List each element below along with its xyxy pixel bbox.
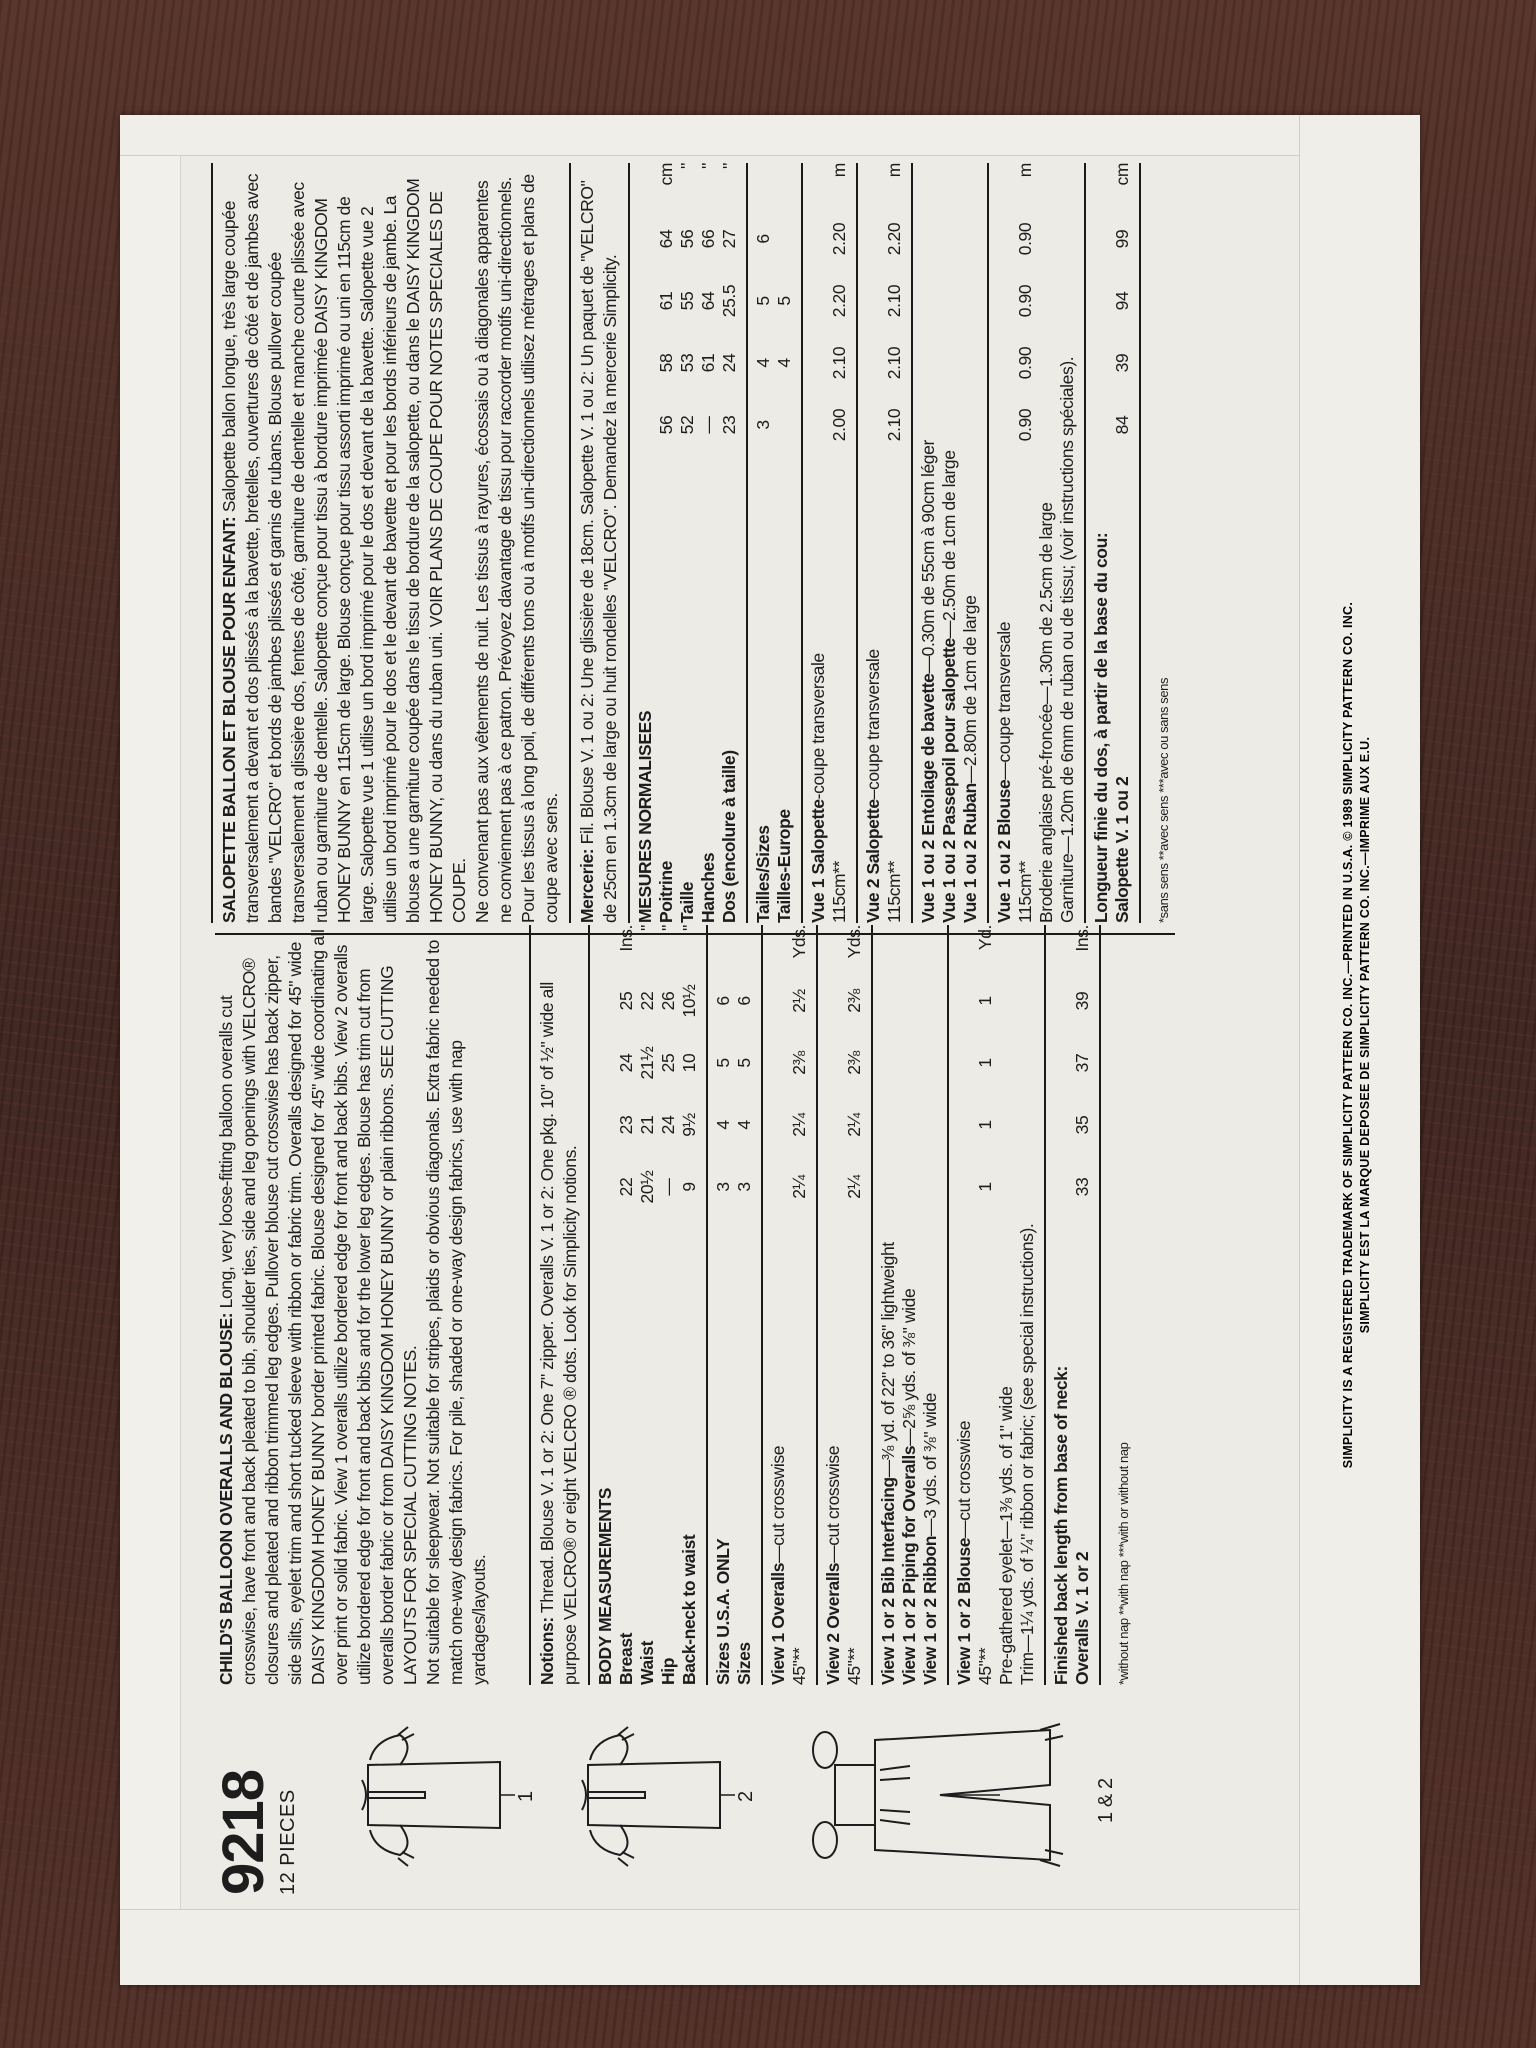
table-row: MESURES NORMALISEES (635, 163, 656, 923)
cell: 10 (679, 1032, 700, 1094)
table-row: 45"** 1 1 1 1 Yd. (975, 925, 996, 1685)
table-row: Vue 1 ou 2 Entoilage de bavette—0.30m de… (918, 163, 939, 923)
cell: 94 (1112, 270, 1133, 332)
cell: 37 (1072, 1032, 1093, 1094)
row-label: Vue 1 Salopette-coupe transversale (808, 456, 829, 923)
cell: 22 (637, 970, 658, 1032)
table-row: 115cm** 2.00 2.10 2.20 2.20 m (829, 163, 850, 923)
fabric-width: 115cm** (1015, 456, 1036, 923)
english-measurements-table: BODY MEASUREMENTS Breast 22 23 24 25 Ins… (595, 925, 1106, 1685)
cell: 61 (656, 270, 677, 332)
row-label: Vue 1 ou 2 Blouse—coupe transversale (994, 456, 1015, 923)
table-row: Vue 1 ou 2 Passepoil pour salopette—2.50… (939, 163, 960, 923)
table-row: Overalls V. 1 or 2 33 35 37 39 Ins. (1072, 925, 1093, 1685)
cell: 64 (656, 208, 677, 270)
table-row: Waist 20½ 21 21½ 22 " (637, 925, 658, 1685)
cell: 22 (616, 1156, 637, 1218)
cell: 64 (698, 270, 719, 332)
cell: 3 (713, 1156, 734, 1218)
cell: 21½ (637, 1032, 658, 1094)
pieces-count: 12 PIECES (277, 1789, 300, 1895)
cell: 24 (658, 1094, 679, 1156)
unit: m (884, 163, 905, 208)
cell: — (698, 394, 719, 456)
trim-note: Trim—1¼ yds. of ¼" ribbon or fabric; (se… (1017, 925, 1038, 1685)
view-label-2: 2 (735, 1791, 758, 1802)
fabric-width: 45"** (789, 1218, 810, 1685)
trademark-line-french: SIMPLICITY EST LA MARQUE DEPOSEE DE SIMP… (1357, 175, 1374, 1895)
view-label-1: 1 (515, 1791, 538, 1802)
cell: 84 (1112, 394, 1133, 456)
fabric-width: 45"** (844, 1218, 865, 1685)
table-row: Tailles-Europe 4 5 (774, 163, 795, 923)
cell (774, 394, 795, 456)
cell: 25 (658, 1032, 679, 1094)
table-row: View 1 or 2 Piping for Overalls—2⅝ yds. … (899, 925, 920, 1685)
trim-note: Garniture—1.20m de 6mm de ruban ou de ti… (1057, 163, 1078, 923)
eyelet-note: Broderie anglaise pré-froncée—1.30m de 2… (1036, 163, 1057, 923)
cell: 23 (616, 1094, 637, 1156)
mercerie-text: Fil. Blouse V. 1 ou 2: Une glissière de … (577, 181, 620, 923)
unit: " (719, 163, 740, 208)
cell: 4 (734, 1094, 755, 1156)
back-length-header: Finished back length from base of neck: (1051, 925, 1072, 1685)
table-row: 45"** 2¼ 2¼ 2⅜ 2½ Yds. (789, 925, 810, 1685)
cell: 2.20 (829, 270, 850, 332)
cell: 25.5 (719, 270, 740, 332)
row-label: Breast (616, 1218, 637, 1685)
unit: cm (1112, 163, 1133, 208)
envelope-flap-top (120, 115, 181, 1985)
table-row: Garniture—1.20m de 6mm de ruban ou de ti… (1057, 163, 1078, 923)
divider (628, 163, 630, 923)
table-row: View 2 Overalls—cut crosswise (823, 925, 844, 1685)
table-row: Breast 22 23 24 25 Ins. (616, 925, 637, 1685)
cell: 26 (658, 970, 679, 1032)
row-label: Tailles/Sizes (753, 456, 774, 923)
cell: 5 (713, 1032, 734, 1094)
cell: 3 (753, 394, 774, 456)
cell: 2¼ (789, 1156, 810, 1218)
table-row: Vue 1 Salopette-coupe transversale (808, 163, 829, 923)
row-label: Vue 2 Salopette–coupe transversale (863, 456, 884, 923)
cell: 2.20 (829, 208, 850, 270)
divider (588, 925, 590, 1685)
table-row: Back-neck to waist 9 9½ 10 10½ " (679, 925, 700, 1685)
cell: 1 (975, 1094, 996, 1156)
cell: 61 (698, 332, 719, 394)
row-label: Hanches (698, 456, 719, 923)
unit: m (1015, 163, 1036, 208)
row-label: Back-neck to waist (679, 1218, 700, 1685)
cell: 23 (719, 394, 740, 456)
fabric-width: 115cm** (829, 456, 850, 923)
body-measurements-header: BODY MEASUREMENTS (595, 1218, 616, 1685)
cell: 55 (677, 270, 698, 332)
cell: 2.10 (884, 332, 905, 394)
cell: 4 (774, 332, 795, 394)
table-row: Trim—1¼ yds. of ¼" ribbon or fabric; (se… (1017, 925, 1038, 1685)
table-row: BODY MEASUREMENTS (595, 925, 616, 1685)
unit: cm (656, 163, 677, 208)
table-row: Salopette V. 1 ou 2 84 39 94 99 cm (1112, 163, 1133, 923)
table-row: Tailles/Sizes 3 4 5 6 (753, 163, 774, 923)
pattern-envelope: 9218 12 PIECES 1 (120, 115, 1420, 1985)
cell: 3 (734, 1156, 755, 1218)
cell: 56 (677, 208, 698, 270)
cell: 2¼ (844, 1156, 865, 1218)
french-title: SALOPETTE BALLON ET BLOUSE POUR ENFANT: (219, 517, 239, 923)
table-row: Vue 1 ou 2 Blouse—coupe transversale (994, 163, 1015, 923)
row-label: Waist (637, 1218, 658, 1685)
table-row: Taille 52 53 55 56 " (677, 163, 698, 923)
cell: 2¼ (844, 1094, 865, 1156)
cell: 39 (1072, 970, 1093, 1032)
table-row: 115cm** 0.90 0.90 0.90 0.90 m (1015, 163, 1036, 923)
cell: 39 (1112, 332, 1133, 394)
table-row: Hanches — 61 64 66 " (698, 163, 719, 923)
row-label: Taille (677, 456, 698, 923)
cell: 2.10 (884, 270, 905, 332)
table-row: 115cm** 2.10 2.10 2.10 2.20 m (884, 163, 905, 923)
table-row: View 1 Overalls—cut crosswise (768, 925, 789, 1685)
cell: 20½ (637, 1156, 658, 1218)
table-row: Longueur finie du dos, à partir de la ba… (1091, 163, 1112, 923)
mesures-header: MESURES NORMALISEES (635, 456, 656, 923)
cell: 0.90 (1015, 394, 1036, 456)
row-label: Tailles-Europe (774, 456, 795, 923)
table-row: Broderie anglaise pré-froncée—1.30m de 2… (1036, 163, 1057, 923)
table-row: Sizes 3 4 5 6 (734, 925, 755, 1685)
cell: 5 (753, 270, 774, 332)
eyelet-note: Pre-gathered eyelet—1⅜ yds. of 1" wide (996, 925, 1017, 1685)
cell: 9½ (679, 1094, 700, 1156)
table-row: Dos (encolure à taille) 23 24 25.5 27 " (719, 163, 740, 923)
cell: 1 (975, 1156, 996, 1218)
pattern-number: 9218 (215, 1770, 273, 1895)
table-row: View 1 or 2 Bib Interfacing—⅜ yd. of 22"… (878, 925, 899, 1685)
cell: 6 (713, 970, 734, 1032)
french-notions: Mercerie: Fil. Blouse V. 1 ou 2: Une gli… (576, 163, 622, 923)
cell: 1 (975, 970, 996, 1032)
cell: 52 (677, 394, 698, 456)
table-row: Hip — 24 25 26 " (658, 925, 679, 1685)
english-description: CHILD'S BALLOON OVERALLS AND BLOUSE: Lon… (215, 925, 422, 1685)
cell: 35 (1072, 1094, 1093, 1156)
cell: 6 (753, 208, 774, 270)
mercerie-label: Mercerie: (577, 849, 597, 923)
cell: — (658, 1156, 679, 1218)
french-footnote: *sans sens **avec sens ***avec ou sans s… (1152, 163, 1175, 923)
cell: 53 (677, 332, 698, 394)
french-fabric-note: Ne convenant pas aux vêtements de nuit. … (471, 163, 563, 923)
cell: 1 (975, 1032, 996, 1094)
row-label: Salopette V. 1 ou 2 (1112, 456, 1133, 923)
table-row: Finished back length from base of neck: (1051, 925, 1072, 1685)
cell: 4 (713, 1094, 734, 1156)
row-label: Poitrine (656, 456, 677, 923)
back-length-header: Longueur finie du dos, à partir de la ba… (1091, 163, 1112, 923)
table-row: View 1 or 2 Ribbon—3 yds. of ⅜" wide (920, 925, 941, 1685)
overalls-sketch-icon (800, 1710, 1100, 1880)
table-row: Sizes U.S.A. ONLY 3 4 5 6 (713, 925, 734, 1685)
french-description-text: Salopette ballon longue, très large coup… (219, 174, 469, 923)
row-label: View 2 Overalls—cut crosswise (823, 1218, 844, 1685)
fabric-width: 45"** (975, 1218, 996, 1685)
cell: 2.20 (884, 208, 905, 270)
row-label: Hip (658, 1218, 679, 1685)
english-footnote: *without nap **with nap ***with or witho… (1112, 925, 1135, 1685)
view-label-1-and-2: 1 & 2 (1095, 1778, 1118, 1823)
cell (774, 208, 795, 270)
english-fabric-note: Not suitable for sleepwear. Not suitable… (422, 925, 491, 1685)
french-measurements-table: MESURES NORMALISEES Poitrine 56 58 61 64… (635, 163, 1146, 923)
cell: 10½ (679, 970, 700, 1032)
cell: 4 (753, 332, 774, 394)
cell: 58 (656, 332, 677, 394)
cell: 27 (719, 208, 740, 270)
envelope-flap-left (120, 1909, 1420, 1985)
english-description-text: Long, very loose-fitting balloon overall… (216, 929, 420, 1685)
table-row: Vue 1 ou 2 Ruban—2.80m de 1cm de large (960, 163, 981, 923)
cell: 2¼ (789, 1094, 810, 1156)
trademark-notice: SIMPLICITY IS A REGISTERED TRADEMARK OF … (1340, 175, 1374, 1895)
row-label: Sizes (734, 1218, 755, 1685)
table-row: Vue 2 Salopette–coupe transversale (863, 163, 884, 923)
cell: 2⅜ (844, 1032, 865, 1094)
row-label: View 1 or 2 Blouse—cut crosswise (954, 1218, 975, 1685)
row-label: Dos (encolure à taille) (719, 456, 740, 923)
notions-text: Thread. Blouse V. 1 or 2: One 7" zipper.… (537, 982, 580, 1685)
divider (211, 163, 213, 923)
row-label: View 1 Overalls—cut crosswise (768, 1218, 789, 1685)
table-row: Poitrine 56 58 61 64 cm (656, 163, 677, 923)
table-row: Pre-gathered eyelet—1⅜ yds. of 1" wide (996, 925, 1017, 1685)
cell: 5 (774, 270, 795, 332)
cell: 2½ (789, 970, 810, 1032)
english-notions: Notions: Thread. Blouse V. 1 or 2: One 7… (536, 925, 582, 1685)
cell: 2⅜ (789, 1032, 810, 1094)
cell: 99 (1112, 208, 1133, 270)
notions-label: Notions: (537, 1617, 557, 1685)
divider (529, 925, 531, 1685)
cell: 9 (679, 1156, 700, 1218)
cell: 2.00 (829, 394, 850, 456)
cell: 24 (616, 1032, 637, 1094)
cell: 33 (1072, 1156, 1093, 1218)
envelope-back-content: 9218 12 PIECES 1 (215, 175, 1315, 1895)
cell: 66 (698, 208, 719, 270)
english-title: CHILD'S BALLOON OVERALLS AND BLOUSE: (216, 1313, 236, 1685)
table-row: 45"** 2¼ 2¼ 2⅜ 2⅜ Yds. (844, 925, 865, 1685)
cell: 0.90 (1015, 332, 1036, 394)
cell: 56 (656, 394, 677, 456)
cell: 0.90 (1015, 208, 1036, 270)
cell: 2.10 (884, 394, 905, 456)
cell: 25 (616, 970, 637, 1032)
blouse-view1-sketch-icon (340, 1720, 530, 1870)
divider (569, 163, 571, 923)
english-column: CHILD'S BALLOON OVERALLS AND BLOUSE: Lon… (215, 925, 1135, 1685)
unit: " (698, 163, 719, 208)
cell: 2.10 (829, 332, 850, 394)
cell: 5 (734, 1032, 755, 1094)
cell: 24 (719, 332, 740, 394)
row-label: Overalls V. 1 or 2 (1072, 1218, 1093, 1685)
cell: 0.90 (1015, 270, 1036, 332)
unit: m (829, 163, 850, 208)
blouse-view2-sketch-icon (560, 1720, 750, 1870)
cell: 6 (734, 970, 755, 1032)
trademark-line-english: SIMPLICITY IS A REGISTERED TRADEMARK OF … (1340, 175, 1357, 1895)
unit: " (677, 163, 698, 208)
row-label: Sizes U.S.A. ONLY (713, 1218, 734, 1685)
french-description: SALOPETTE BALLON ET BLOUSE POUR ENFANT: … (218, 163, 471, 923)
cell: 21 (637, 1094, 658, 1156)
french-column: SALOPETTE BALLON ET BLOUSE POUR ENFANT: … (215, 163, 1175, 935)
fabric-width: 115cm** (884, 456, 905, 923)
table-row: View 1 or 2 Blouse—cut crosswise (954, 925, 975, 1685)
cell: 2⅜ (844, 970, 865, 1032)
envelope-flap-right (120, 115, 1420, 156)
